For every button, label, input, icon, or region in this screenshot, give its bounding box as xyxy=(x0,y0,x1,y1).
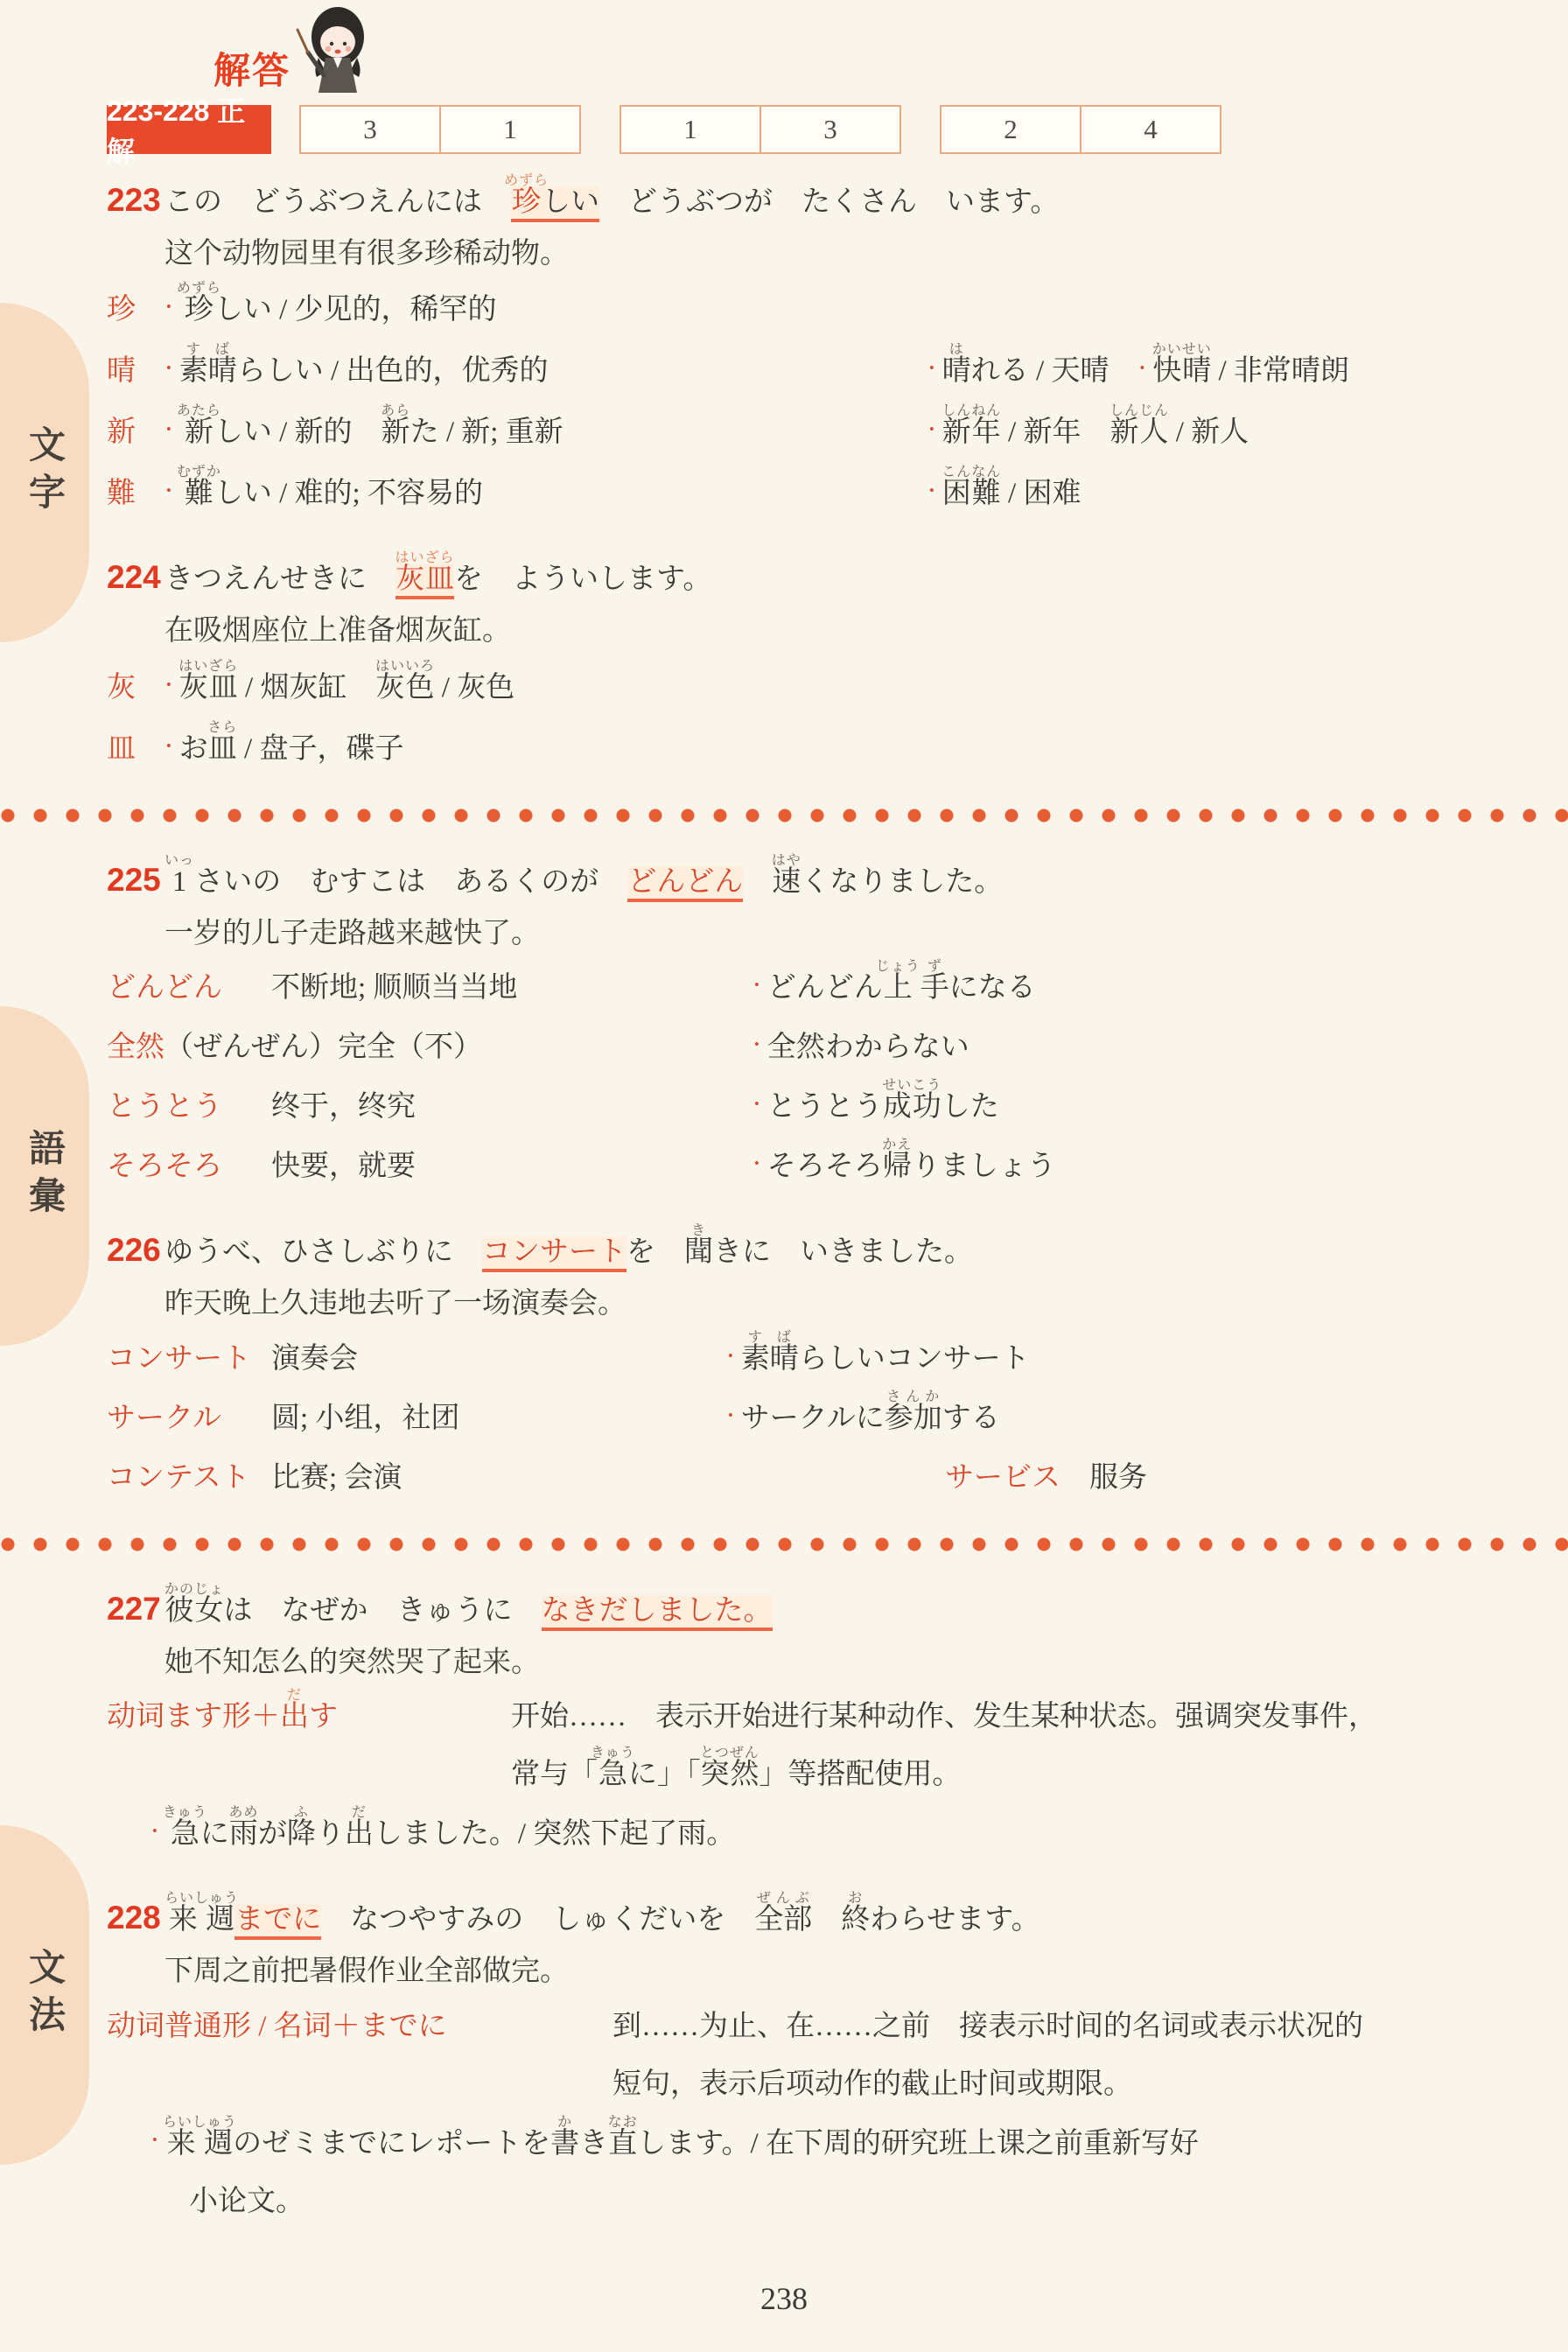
grammar-pattern: 动词普通形 / 名词＋までに xyxy=(107,1998,612,2055)
word-row: 全然（ぜんぜん） 完全（不） •全然わからない xyxy=(107,1018,1484,1076)
translation-zh: 一岁的儿子走路越来越快了。 xyxy=(107,911,1484,957)
vocab-right: •新年しんねん / 新年 新人しんじん / 新人 xyxy=(927,403,1249,461)
question-number: 224 xyxy=(107,559,164,596)
grammar-row: 动词ます形＋出だす 开始…… 表示开始进行某种动作、发生某种状态。强调突发事件，… xyxy=(107,1688,1484,1803)
translation-zh: 下周之前把暑假作业全部做完。 xyxy=(107,1949,1484,1995)
answer-range-label: 223-228 正解 xyxy=(107,105,271,154)
question-sentence-line: 227 彼女かのじょは なぜか きゅうに なきだしました。 xyxy=(107,1582,1484,1640)
answer-key-bar: 223-228 正解 3 1 1 3 2 4 xyxy=(107,105,1484,154)
word-definition: 快要，就要 xyxy=(271,1137,416,1195)
question-sentence-line: 226 ゆうべ、ひさしぶりに コンサートを 聞ききに いきました。 xyxy=(107,1223,1484,1281)
vocab-row: 灰 •灰皿はいざら / 烟灰缸 灰色はいいろ / 灰色 xyxy=(107,659,1484,717)
dotted-divider xyxy=(0,808,1568,823)
grammar-explanation-line: 常与「急きゅうに」「突然とつぜん」等搭配使用。 xyxy=(511,1746,1377,1803)
vocab-headword: 灰 xyxy=(107,659,164,717)
question-227: 227 彼女かのじょは なぜか きゅうに なきだしました。 她不知怎么的突然哭了… xyxy=(107,1582,1484,1863)
question-sentence-line: 224 きつえんせきに 灰皿はいざらを よういします。 xyxy=(107,550,1484,608)
vocab-headword: 晴 xyxy=(107,342,164,400)
word-example: •とうとう成功せいこうした xyxy=(752,1078,999,1136)
grammar-explanation: 开始…… 表示开始进行某种动作、发生某种状态。强调突发事件， 常与「急きゅうに」… xyxy=(511,1688,1377,1803)
word-headword: コンテスト xyxy=(107,1449,271,1507)
vocab-headword: 皿 xyxy=(107,720,164,778)
answer-cell: 3 xyxy=(301,107,439,152)
vocab-left: •お皿さら / 盘子，碟子 xyxy=(164,720,403,778)
word-example: •素す晴ばらしいコンサート xyxy=(726,1330,1030,1388)
answer-cell: 3 xyxy=(759,107,899,152)
answer-group-1: 3 1 xyxy=(299,105,581,154)
word-row: そろそろ 快要，就要 •そろそろ帰かえりましょう xyxy=(107,1137,1484,1195)
grammar-explanation: 到……为止、在……之前 接表示时间的名词或表示状况的 短句，表示后项动作的截止时… xyxy=(612,1998,1363,2113)
word-headword: とうとう xyxy=(107,1078,271,1136)
word-example: •どんどん上じょう手ずになる xyxy=(752,959,1036,1017)
vocab-row: 晴 •素す晴ばらしい / 出色的，优秀的 •晴はれる / 天晴 •快晴かいせい … xyxy=(107,342,1484,400)
vocab-row: 難 •難むずかしい / 难的; 不容易的 •困難こんなん / 困难 xyxy=(107,465,1484,522)
vocab-row: 皿 •お皿さら / 盘子，碟子 xyxy=(107,720,1484,778)
textbook-page: { "page": {"answer_label": "解答", "page_n… xyxy=(0,0,1568,2352)
grammar-example: •急きゅうに雨あめが降ふり出だしました。/ 突然下起了雨。 xyxy=(107,1805,1484,1863)
question-224: 224 きつえんせきに 灰皿はいざらを よういします。 在吸烟座位上准备烟灰缸。… xyxy=(107,550,1484,777)
answer-cell: 1 xyxy=(439,107,579,152)
word-row: とうとう 终于，终究 •とうとう成功せいこうした xyxy=(107,1078,1484,1136)
answer-cell: 1 xyxy=(621,107,759,152)
word-sub-entry: サービス 服务 xyxy=(945,1449,1147,1507)
translation-zh: 这个动物园里有很多珍稀动物。 xyxy=(107,231,1484,277)
translation-zh: 她不知怎么的突然哭了起来。 xyxy=(107,1640,1484,1686)
word-row: コンサート 演奏会 •素す晴ばらしいコンサート xyxy=(107,1330,1484,1388)
word-row: コンテスト 比赛; 会演 サービス 服务 xyxy=(107,1449,1484,1507)
grammar-row: 动词普通形 / 名词＋までに 到……为止、在……之前 接表示时间的名词或表示状况… xyxy=(107,1998,1484,2113)
question-sentence-line: 223 この どうぶつえんには 珍めずらしい どうぶつが たくさん います。 xyxy=(107,173,1484,231)
word-row: サークル 圆; 小组，社团 •サークルに参加さんかする xyxy=(107,1389,1484,1447)
answer-group-3: 2 4 xyxy=(940,105,1221,154)
word-example: •サークルに参加さんかする xyxy=(726,1389,1000,1447)
word-headword: どんどん xyxy=(107,959,271,1017)
question-sentence-line: 228 来週らいしゅうまでに なつやすみの しゅくだいを 全部ぜんぶ 終おわらせ… xyxy=(107,1891,1484,1949)
question-number: 223 xyxy=(107,182,164,219)
question-sentence: 来週らいしゅうまでに なつやすみの しゅくだいを 全部ぜんぶ 終おわらせます。 xyxy=(164,1891,1040,1949)
question-sentence-line: 225 1いっ さいの むすこは あるくのが どんどん 速はやくなりました。 xyxy=(107,853,1484,911)
vocab-right: •晴はれる / 天晴 •快晴かいせい / 非常晴朗 xyxy=(927,342,1349,400)
vocab-left: •素す晴ばらしい / 出色的，优秀的 xyxy=(164,342,548,400)
question-225: 225 1いっ さいの むすこは あるくのが どんどん 速はやくなりました。 一… xyxy=(107,853,1484,1195)
grammar-example: •来週らいしゅうのゼミまでにレポートを書かき直なおします。/ 在下周的研究班上课… xyxy=(107,2115,1484,2173)
question-228: 228 来週らいしゅうまでに なつやすみの しゅくだいを 全部ぜんぶ 終おわらせ… xyxy=(107,1891,1484,2229)
question-223: 223 この どうぶつえんには 珍めずらしい どうぶつが たくさん います。 这… xyxy=(107,173,1484,522)
translation-zh: 在吸烟座位上准备烟灰缸。 xyxy=(107,608,1484,654)
grammar-explanation-line: 到……为止、在……之前 接表示时间的名词或表示状况的 xyxy=(612,1998,1363,2055)
question-sentence: この どうぶつえんには 珍めずらしい どうぶつが たくさん います。 xyxy=(164,173,1059,231)
word-headword: そろそろ xyxy=(107,1137,271,1195)
answer-section-title: 解答 xyxy=(213,42,290,94)
question-sentence: 彼女かのじょは なぜか きゅうに なきだしました。 xyxy=(164,1582,773,1640)
word-definition: 比赛; 会演 xyxy=(271,1449,402,1507)
grammar-explanation-line: 开始…… 表示开始进行某种动作、发生某种状态。强调突发事件， xyxy=(511,1688,1377,1746)
word-headword: コンサート xyxy=(107,1330,271,1388)
question-226: 226 ゆうべ、ひさしぶりに コンサートを 聞ききに いきました。 昨天晚上久违… xyxy=(107,1223,1484,1506)
answer-group-2: 1 3 xyxy=(619,105,901,154)
vocab-headword: 新 xyxy=(107,403,164,461)
word-definition: 完全（不） xyxy=(338,1018,482,1076)
question-number: 225 xyxy=(107,862,164,899)
vocab-row: 珍 •珍めずらしい / 少见的，稀罕的 xyxy=(107,281,1484,339)
page-content: 解答 223-228 正解 3 1 1 3 2 xyxy=(0,0,1568,2230)
translation-zh: 昨天晚上久违地去听了一场演奏会。 xyxy=(107,1281,1484,1327)
question-sentence: 1いっ さいの むすこは あるくのが どんどん 速はやくなりました。 xyxy=(164,853,1003,911)
word-headword: 全然（ぜんぜん） xyxy=(107,1018,338,1076)
grammar-explanation-line: 短句，表示后项动作的截止时间或期限。 xyxy=(612,2055,1363,2113)
grammar-example-continuation: 小论文。 xyxy=(107,2173,1484,2230)
question-sentence: きつえんせきに 灰皿はいざらを よういします。 xyxy=(164,550,711,608)
vocab-left: •灰皿はいざら / 烟灰缸 灰色はいいろ / 灰色 xyxy=(164,659,514,717)
vocab-headword: 珍 xyxy=(107,281,164,339)
answer-cell: 4 xyxy=(1080,107,1220,152)
vocab-right: •困難こんなん / 困难 xyxy=(927,465,1081,522)
vocab-row: 新 •新あたらしい / 新的 新あらた / 新; 重新 •新年しんねん / 新年… xyxy=(107,403,1484,461)
page-header: 解答 xyxy=(107,0,1484,101)
word-definition: 终于，终究 xyxy=(271,1078,416,1136)
word-definition: 不断地; 顺顺当当地 xyxy=(271,959,517,1017)
word-definition: 演奏会 xyxy=(271,1330,358,1388)
word-example: •全然わからない xyxy=(752,1018,969,1076)
question-number: 226 xyxy=(107,1232,164,1269)
grammar-pattern: 动词ます形＋出だす xyxy=(107,1688,511,1746)
vocab-left: •難むずかしい / 难的; 不容易的 xyxy=(164,465,483,522)
word-example: •そろそろ帰かえりましょう xyxy=(752,1137,1056,1195)
vocab-left: •珍めずらしい / 少见的，稀罕的 xyxy=(164,281,497,339)
page-number: 238 xyxy=(0,2280,1568,2317)
word-headword: サークル xyxy=(107,1389,271,1447)
vocab-headword: 難 xyxy=(107,465,164,522)
question-number: 227 xyxy=(107,1591,164,1627)
word-row: どんどん 不断地; 顺顺当当地 •どんどん上じょう手ずになる xyxy=(107,959,1484,1017)
teacher-mascot-illustration xyxy=(292,2,380,100)
question-number: 228 xyxy=(107,1900,164,1936)
word-definition: 圆; 小组，社团 xyxy=(271,1389,459,1447)
answer-cell: 2 xyxy=(941,107,1080,152)
dotted-divider xyxy=(0,1536,1568,1552)
question-sentence: ゆうべ、ひさしぶりに コンサートを 聞ききに いきました。 xyxy=(164,1223,973,1281)
vocab-left: •新あたらしい / 新的 新あらた / 新; 重新 xyxy=(164,403,563,461)
